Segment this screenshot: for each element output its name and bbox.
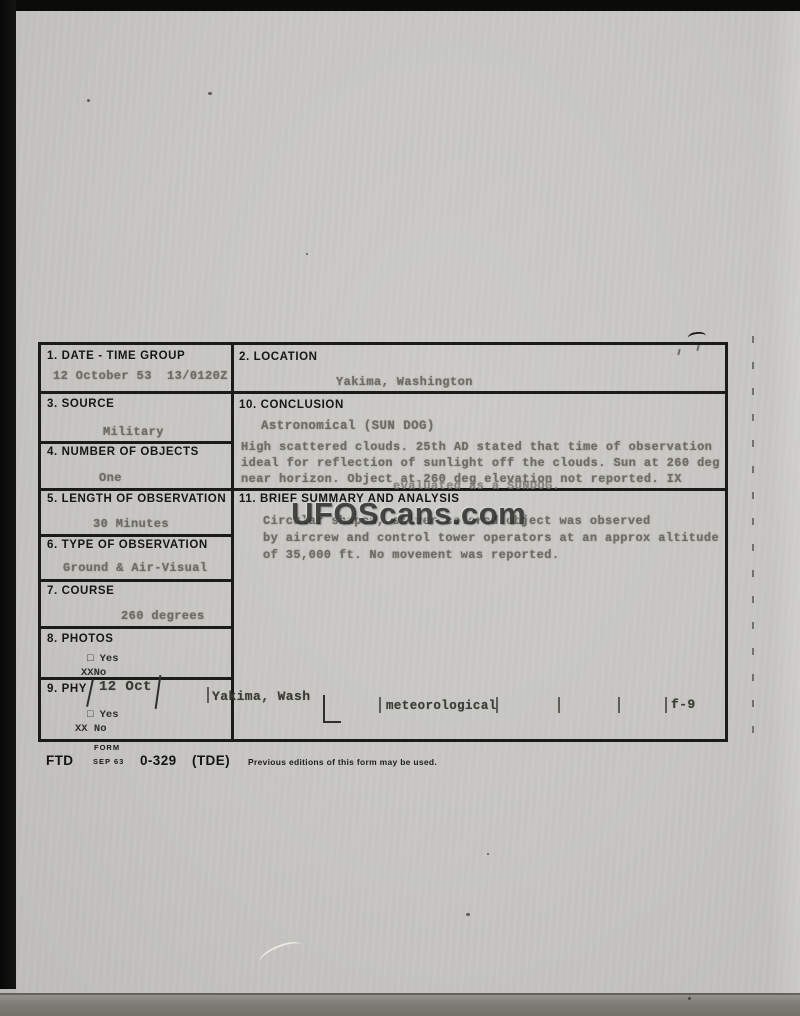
row-line <box>41 391 725 394</box>
field-label-physical-evidence: 9. PHY <box>47 683 87 695</box>
footer-form-number: 0-329 <box>140 753 177 768</box>
field-label-course: 7. COURSE <box>47 585 114 597</box>
annotation-category: meteorological <box>386 699 497 713</box>
physical-no-checkbox: XX No <box>75 723 107 735</box>
paper-speck <box>87 99 90 102</box>
column-divider-line <box>231 345 234 739</box>
row-line <box>41 534 231 537</box>
tick-mark <box>496 697 498 713</box>
annotation-code: f-9 <box>671 697 696 712</box>
paper-speck <box>208 92 212 95</box>
footer-form-suffix: (TDE) <box>192 753 230 768</box>
photos-yes-checkbox: □ Yes <box>87 653 119 665</box>
field-value-source: Military <box>103 425 164 439</box>
paper-bottom-edge-shadow <box>0 993 800 1016</box>
field-label-date-time-group: 1. DATE - TIME GROUP <box>47 350 185 362</box>
ghost-text-sundog: evaluated as a SUNDOG. <box>393 479 560 493</box>
tick-mark <box>379 697 381 713</box>
row-line <box>41 441 231 444</box>
tick-mark <box>618 697 620 713</box>
margin-dashed-line <box>752 336 754 746</box>
pen-l-mark <box>323 695 325 723</box>
scan-right-edge-fade <box>770 11 800 993</box>
field-label-source: 3. SOURCE <box>47 398 114 410</box>
row-line <box>41 488 725 491</box>
footer-form-date: SEP 63 <box>93 757 124 766</box>
scanned-document: 1. DATE - TIME GROUP 12 October 53 13/01… <box>0 0 800 1016</box>
row-line <box>41 579 231 582</box>
field-value-length-of-observation: 30 Minutes <box>93 517 169 531</box>
paper-speck <box>688 997 691 1000</box>
physical-yes-checkbox: □ Yes <box>87 709 119 721</box>
field-label-location: 2. LOCATION <box>239 351 318 363</box>
paper-speck <box>487 853 489 855</box>
footer-previous-editions-note: Previous editions of this form may be us… <box>248 757 437 767</box>
paper-speck <box>306 253 308 255</box>
physical-evidence-date-note: 12 Oct <box>99 679 152 695</box>
field-label-type-of-observation: 6. TYPE OF OBSERVATION <box>47 539 208 551</box>
field-label-number-of-objects: 4. NUMBER OF OBJECTS <box>47 446 199 458</box>
row-line <box>41 626 231 629</box>
watermark-text: UFOScans.com <box>291 496 526 532</box>
field-label-length-of-observation: 5. LENGTH OF OBSERVATION <box>47 493 226 505</box>
footer-form-prefix: FTD <box>46 753 73 768</box>
scan-top-border <box>0 0 800 11</box>
annotation-city: Yakima, Wash <box>212 689 310 704</box>
field-label-conclusion: 10. CONCLUSION <box>239 399 344 411</box>
conclusion-headline: Astronomical (SUN DOG) <box>261 419 435 433</box>
tick-mark <box>665 697 667 713</box>
tick-mark <box>558 697 560 713</box>
scan-left-border <box>0 0 16 989</box>
record-card-table: 1. DATE - TIME GROUP 12 October 53 13/01… <box>38 342 728 742</box>
footer-form-word: FORM <box>94 743 120 752</box>
field-value-course: 260 degrees <box>121 609 205 623</box>
field-value-number-of-objects: One <box>99 471 122 485</box>
pen-slash-mark <box>86 679 94 707</box>
pen-l-mark-foot <box>323 721 341 723</box>
paper-speck <box>466 913 470 916</box>
tick-mark <box>207 687 209 703</box>
field-value-date-time-group: 12 October 53 13/0120Z <box>53 369 228 383</box>
field-value-type-of-observation: Ground & Air-Visual <box>63 561 207 575</box>
photos-no-checkbox: XXNo <box>81 667 106 679</box>
field-value-location: Yakima, Washington <box>336 375 473 389</box>
pen-slash-mark <box>155 675 162 709</box>
field-label-photos: 8. PHOTOS <box>47 633 114 645</box>
